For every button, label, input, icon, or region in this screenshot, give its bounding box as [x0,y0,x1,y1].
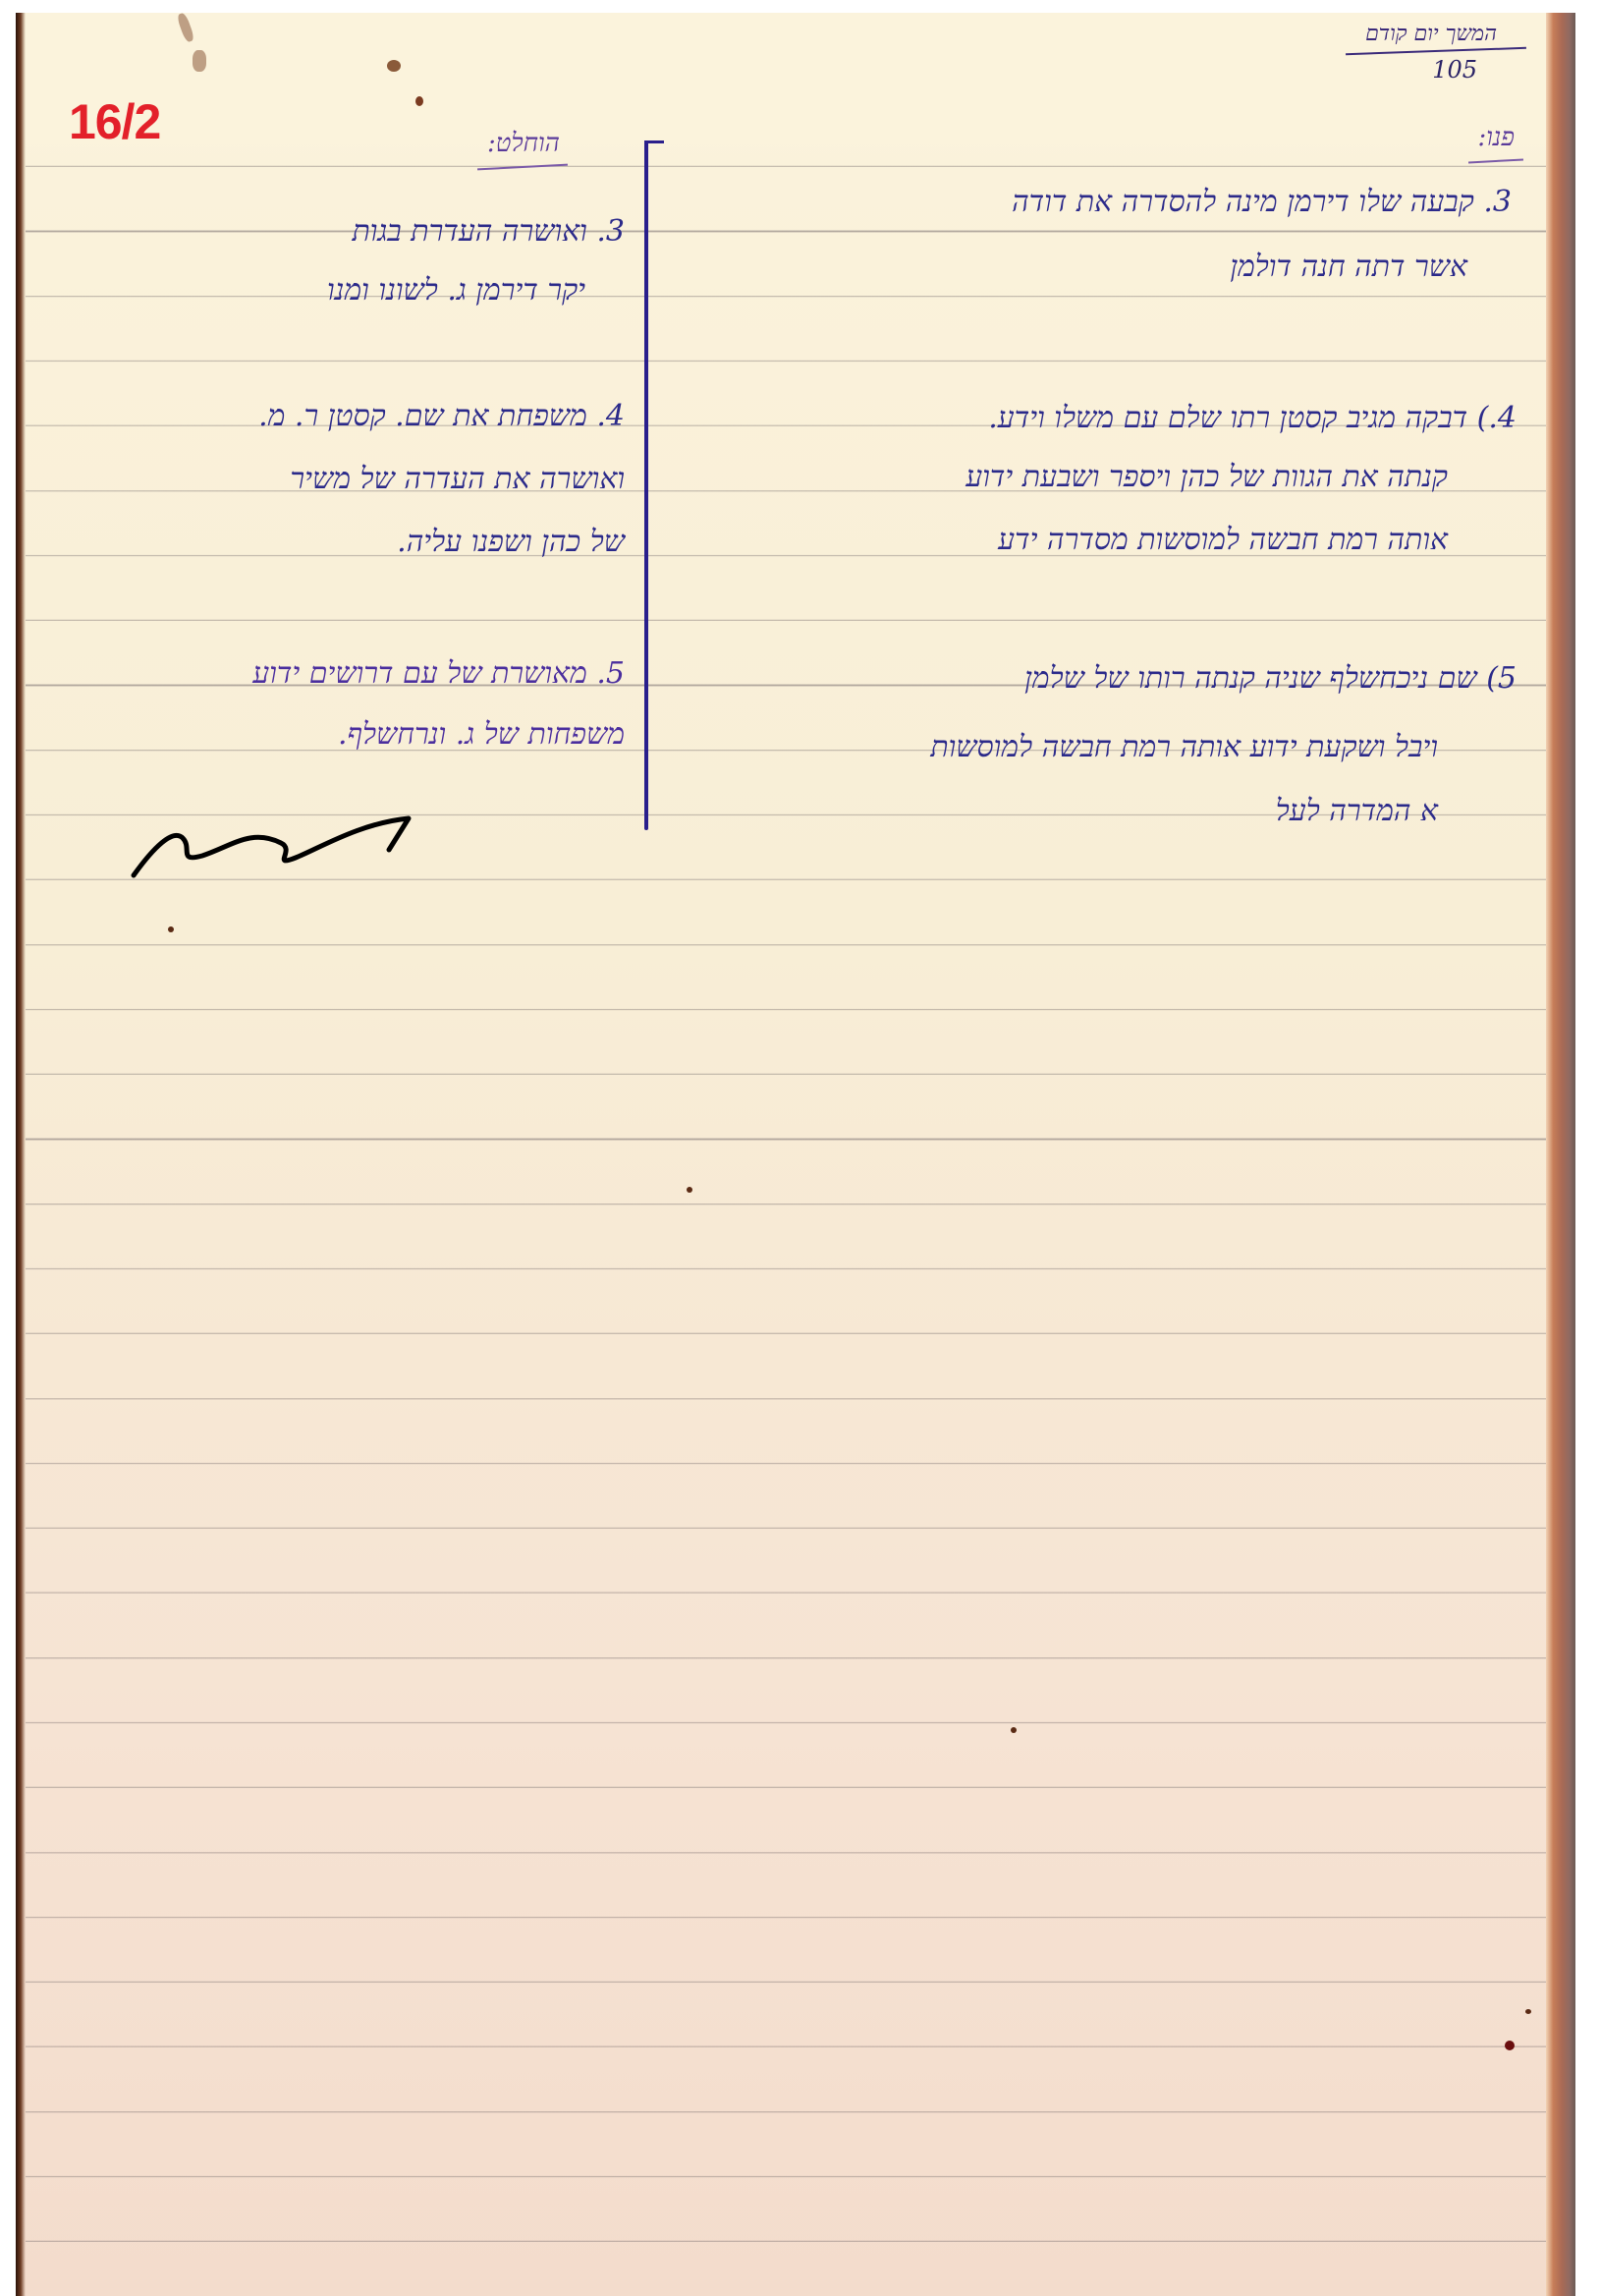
page-left-edge [16,13,26,2296]
right-item-5-line-3: א המדרה לעל [1276,779,1438,844]
ink-dot [1505,2041,1515,2050]
left-item-3-line-2: יקר דירמן ג. לשונו ומנו [153,258,585,323]
left-item-4-line-3: של כהן ושפנו עליה. [310,510,625,575]
right-column-heading: פנו: [1478,123,1516,152]
ruled-lines [26,13,1546,2296]
left-item-3-line-1: 3. ואושרה העדרת בגות [163,199,625,264]
right-item-4-line-2: קנתה את הגוות של כהן ויספר ושבעת ידוע [966,445,1448,510]
right-item-3-line-1: 3. קבעה שלו דירמן מינה להסדרה את דודה [1012,170,1512,235]
ink-dot [168,926,174,932]
stain-spot [415,96,423,106]
ink-dot [1011,1727,1017,1733]
right-item-4-line-1: 4.) דבקה מגיב קסטן רתו שלם עם משלו וידע. [988,386,1517,451]
right-item-5-line-1: 5) שם ניכחשלף שניה קנתה רותו של שלמן [1024,646,1517,711]
left-column-heading: הוחלט: [487,129,560,158]
left-item-4-line-1: 4. משפחת את שם. קסטן ר. מ. [153,384,625,449]
left-item-5-line-1: 5. מאושרת של עם דרושים ידוע [143,642,625,706]
left-item-4-line-2: ואושרה את העדרה של משיר [153,447,625,512]
notebook-page: 16/2 המשך יום קודם 105 פנו: 3. קבעה שלו … [16,13,1575,2296]
ink-dot [687,1187,692,1193]
folio-label: 16/2 [69,93,160,150]
book-binding-edge [1546,13,1575,2296]
left-item-5-line-2: משפחות של ג. ונרחשלף. [143,702,625,767]
right-item-4-line-3: אותה רמת חבשה למוסשות מסדרה ידע [998,508,1448,573]
signature [124,769,438,887]
right-item-5-line-2: ויבל ושקעת ידוע אותה רמת חבשה למוסשות [930,715,1438,780]
column-divider [644,140,648,830]
stain [193,50,206,72]
ink-dot [1525,2009,1531,2014]
top-note: המשך יום קודם [1365,21,1497,46]
right-item-3-line-2: אשר דתה חנה דולמן [1230,235,1467,300]
page-number: 105 [1432,56,1477,84]
stain-spot [387,60,401,72]
